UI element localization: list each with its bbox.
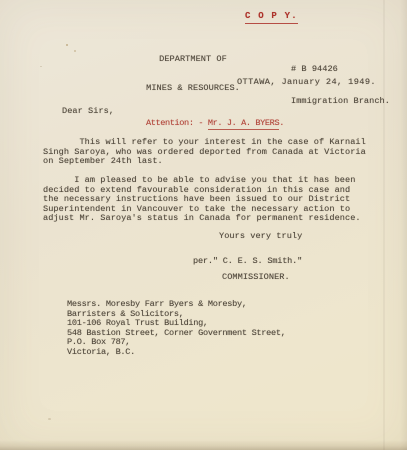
letter-page: C O P Y. DEPARTMENT OF MINES & RESOURCES… <box>0 0 407 450</box>
salutation: Dear Sirs, <box>62 107 114 117</box>
copy-stamp: C O P Y. <box>245 12 298 24</box>
paper-speck <box>48 418 51 420</box>
branch-name: Immigration Branch. <box>291 96 390 107</box>
paper-crease <box>383 0 385 450</box>
paper-speck <box>74 50 76 52</box>
complimentary-close: Yours very truly <box>219 232 302 242</box>
paper-speck <box>40 66 42 67</box>
department-line-2: MINES & RESOURCES. <box>145 84 241 94</box>
paper-bottom-edge-shadow <box>0 440 407 450</box>
attention-suffix: . <box>279 118 284 128</box>
attention-prefix: Attention: - <box>146 118 208 128</box>
attention-name: Mr. J. A. BYERS <box>208 118 279 130</box>
signer-title: COMMISSIONER. <box>222 273 290 283</box>
paper-speck <box>66 44 68 46</box>
attention-line: Attention: - Mr. J. A. BYERS. <box>146 119 284 129</box>
body-paragraph-1: This will refer to your interest in the … <box>43 138 383 167</box>
department-line-1: DEPARTMENT OF <box>145 55 241 65</box>
paper-speck <box>146 196 148 198</box>
dateline: OTTAWA, January 24, 1949. <box>237 78 376 88</box>
file-number: # B 94426 <box>291 64 390 75</box>
paper-right-edge-shadow <box>400 0 407 450</box>
signature-line: per." C. E. S. Smith." <box>193 257 302 267</box>
body-paragraph-2: I am pleased to be able to advise you th… <box>43 176 383 224</box>
recipient-address-block: Messrs. Moresby Farr Byers & Moresby, Ba… <box>67 300 286 358</box>
department-name-block: DEPARTMENT OF MINES & RESOURCES. <box>145 36 241 113</box>
